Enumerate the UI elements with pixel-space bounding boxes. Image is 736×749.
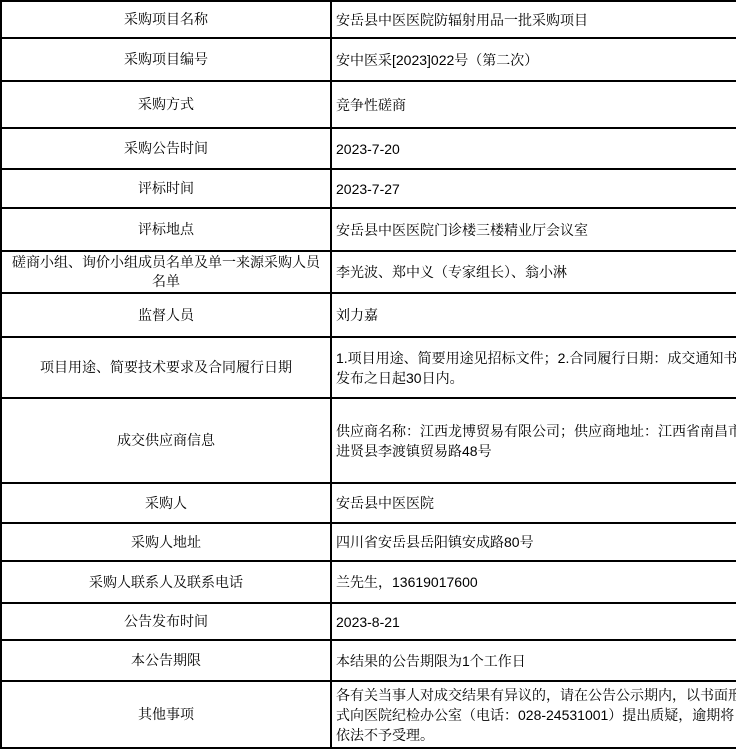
row-value: 兰先生，13619017600 [331, 561, 736, 603]
row-value: 安岳县中医医院防辐射用品一批采购项目 [331, 1, 736, 38]
row-value: 1.项目用途、简要用途见招标文件；2.合同履行日期：成交通知书发布之日起30日内… [331, 337, 736, 398]
table-row: 本公告期限 本结果的公告期限为1个工作日 [1, 640, 736, 681]
row-value: 供应商名称：江西龙博贸易有限公司；供应商地址：江西省南昌市进贤县李渡镇贸易路48… [331, 398, 736, 483]
row-label: 采购公告时间 [1, 128, 331, 169]
table-row: 评标时间 2023-7-27 [1, 169, 736, 208]
row-value: 安岳县中医医院 [331, 483, 736, 523]
table-row: 评标地点 安岳县中医医院门诊楼三楼精业厅会议室 [1, 208, 736, 251]
row-label: 成交供应商信息 [1, 398, 331, 483]
table-row: 项目用途、简要技术要求及合同履行日期 1.项目用途、简要用途见招标文件；2.合同… [1, 337, 736, 398]
table-row: 采购项目名称 安岳县中医医院防辐射用品一批采购项目 [1, 1, 736, 38]
table-row: 采购项目编号 安中医采[2023]022号（第二次） [1, 38, 736, 81]
row-label: 采购人联系人及联系电话 [1, 561, 331, 603]
table-row: 磋商小组、询价小组成员名单及单一来源采购人员名单 李光波、郑中义（专家组长）、翁… [1, 251, 736, 293]
procurement-result-table: 采购项目名称 安岳县中医医院防辐射用品一批采购项目 采购项目编号 安中医采[20… [0, 0, 736, 749]
row-value: 李光波、郑中义（专家组长）、翁小淋 [331, 251, 736, 293]
row-label: 磋商小组、询价小组成员名单及单一来源采购人员名单 [1, 251, 331, 293]
row-label: 评标地点 [1, 208, 331, 251]
row-value: 安中医采[2023]022号（第二次） [331, 38, 736, 81]
row-value: 刘力嘉 [331, 293, 736, 337]
table-row: 采购公告时间 2023-7-20 [1, 128, 736, 169]
row-label: 采购人 [1, 483, 331, 523]
table-row: 采购人地址 四川省安岳县岳阳镇安成路80号 [1, 523, 736, 561]
row-label: 项目用途、简要技术要求及合同履行日期 [1, 337, 331, 398]
row-value: 各有关当事人对成交结果有异议的，请在公告公示期内，以书面形式向医院纪检办公室（电… [331, 681, 736, 748]
table-row: 其他事项 各有关当事人对成交结果有异议的，请在公告公示期内，以书面形式向医院纪检… [1, 681, 736, 748]
table-row: 采购人联系人及联系电话 兰先生，13619017600 [1, 561, 736, 603]
row-label: 采购方式 [1, 81, 331, 128]
table-row: 成交供应商信息 供应商名称：江西龙博贸易有限公司；供应商地址：江西省南昌市进贤县… [1, 398, 736, 483]
row-value: 本结果的公告期限为1个工作日 [331, 640, 736, 681]
row-label: 采购项目编号 [1, 38, 331, 81]
row-label: 其他事项 [1, 681, 331, 748]
procurement-result-table-body: 采购项目名称 安岳县中医医院防辐射用品一批采购项目 采购项目编号 安中医采[20… [1, 1, 736, 748]
row-label: 监督人员 [1, 293, 331, 337]
row-value: 竞争性磋商 [331, 81, 736, 128]
row-value: 2023-7-20 [331, 128, 736, 169]
row-label: 采购项目名称 [1, 1, 331, 38]
row-label: 本公告期限 [1, 640, 331, 681]
table-row: 监督人员 刘力嘉 [1, 293, 736, 337]
table-row: 公告发布时间 2023-8-21 [1, 603, 736, 640]
table-row: 采购人 安岳县中医医院 [1, 483, 736, 523]
row-label: 公告发布时间 [1, 603, 331, 640]
table-row: 采购方式 竞争性磋商 [1, 81, 736, 128]
row-value: 四川省安岳县岳阳镇安成路80号 [331, 523, 736, 561]
row-label: 采购人地址 [1, 523, 331, 561]
row-label: 评标时间 [1, 169, 331, 208]
row-value: 安岳县中医医院门诊楼三楼精业厅会议室 [331, 208, 736, 251]
row-value: 2023-7-27 [331, 169, 736, 208]
row-value: 2023-8-21 [331, 603, 736, 640]
